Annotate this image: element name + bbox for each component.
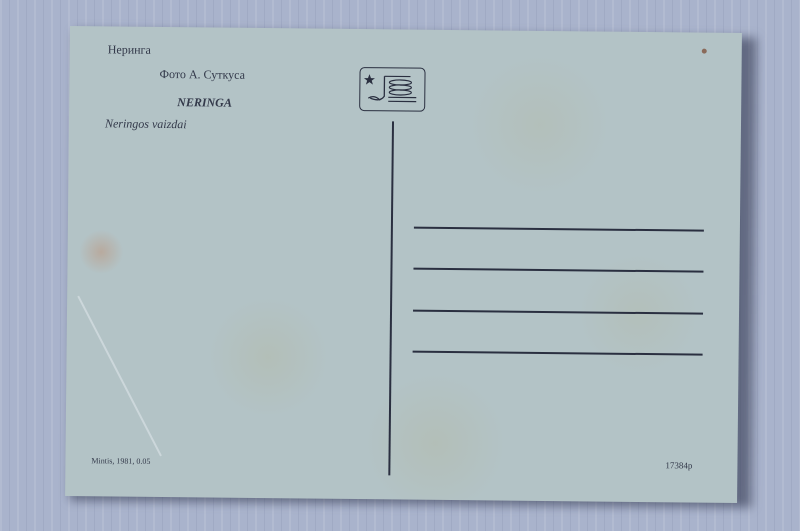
photo-credit: Фото А. Суткуса (159, 67, 245, 83)
card-crease (77, 296, 162, 457)
postcard-back: Неринга Фото А. Суткуса NERINGA Neringos… (65, 26, 742, 503)
title-lithuanian: NERINGA (177, 95, 232, 111)
address-line-1 (414, 227, 704, 232)
address-line-4 (413, 351, 703, 356)
publisher-imprint: Mintis, 1981, 0.05 (91, 456, 150, 466)
star-fish-icon (360, 68, 424, 111)
publisher-logo-icon (359, 67, 425, 112)
city-name-russian: Неринга (108, 42, 151, 57)
subtitle-lithuanian: Neringos vaizdai (105, 116, 187, 132)
address-line-3 (413, 310, 703, 315)
stain-spot (702, 49, 707, 54)
message-address-divider (388, 121, 394, 475)
address-line-2 (413, 268, 703, 273)
catalog-code: 17384р (665, 460, 692, 470)
